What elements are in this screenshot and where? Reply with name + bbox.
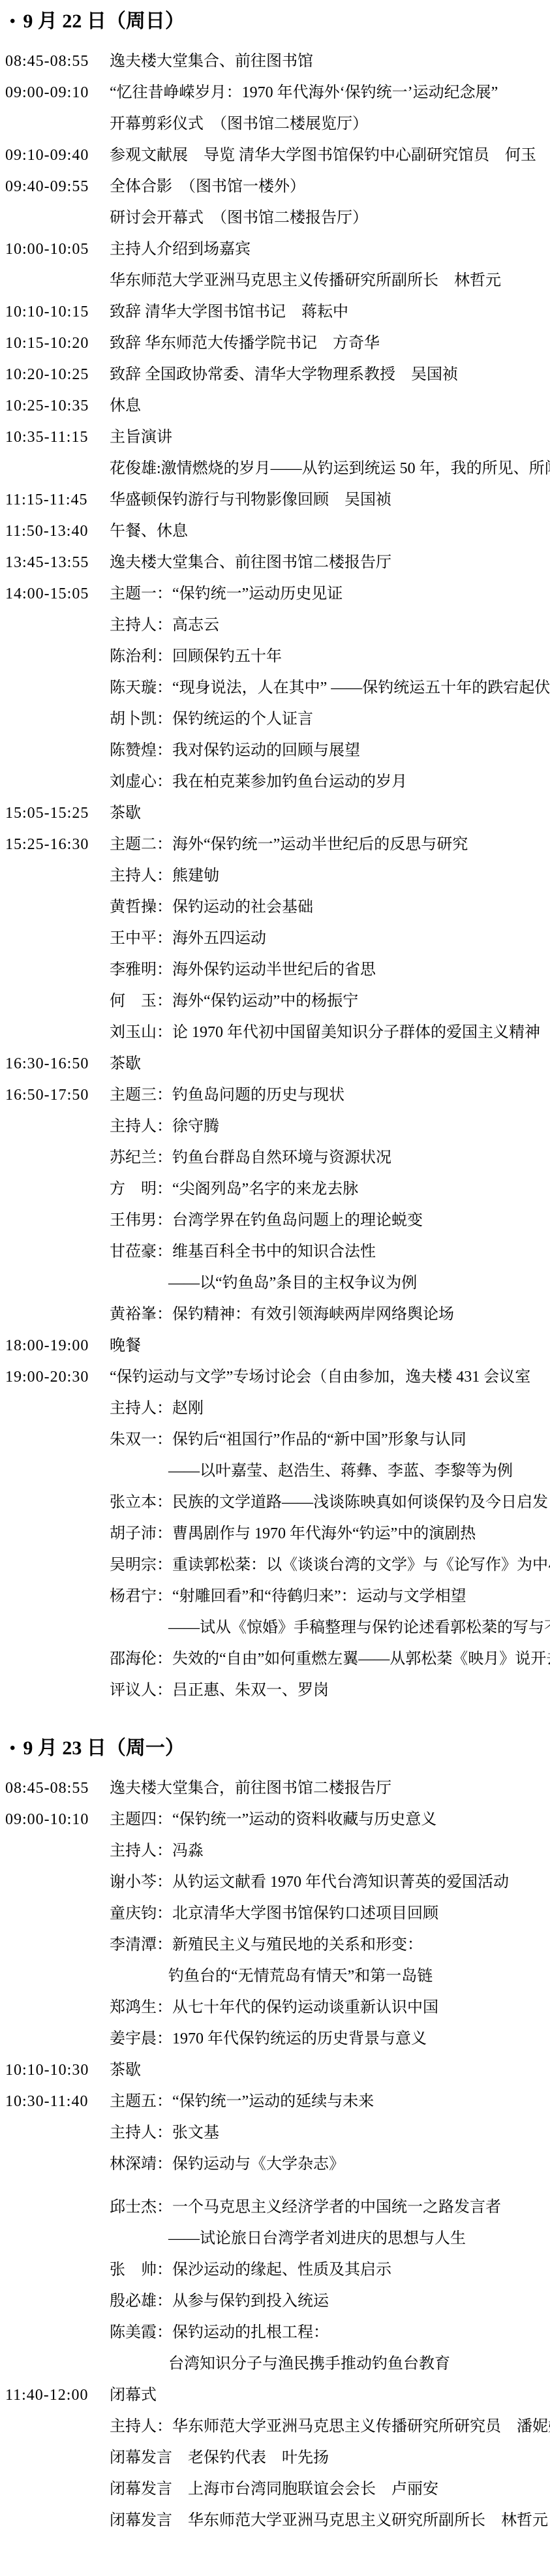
time-label: 15:05-15:25 [5, 798, 104, 829]
schedule-row: ——以叶嘉莹、赵浩生、蒋彝、李蓝、李黎等为例 [0, 1455, 550, 1487]
schedule-row: 郑鸿生：从七十年代的保钓运动谈重新认识中国 [0, 1992, 550, 2023]
time-label: 10:25-10:35 [5, 390, 104, 422]
day-section: •9 月 22 日（周日） 08:45-08:55逸夫楼大堂集合、前往图书馆 0… [0, 5, 550, 1706]
conference-schedule-document: •9 月 22 日（周日） 08:45-08:55逸夫楼大堂集合、前往图书馆 0… [0, 0, 550, 2536]
event-text: “保钓运动与文学”专场讨论会（自由参加，逸夫楼 431 会议室 [110, 1369, 530, 1386]
event-text: 研讨会开幕式 （图书馆二楼报告厅） [110, 209, 368, 226]
event-text: 致辞 华东师范大传播学院书记 方奇华 [110, 335, 380, 352]
schedule-row: 09:10-09:40参观文献展 导览 清华大学图书馆保钓中心副研究馆员 何玉 [0, 140, 550, 171]
event-text: 邵海伦：失效的“自由”如何重燃左翼——从郭松棻《映月》说开去 [110, 1651, 550, 1668]
time-label: 08:45-08:55 [5, 1773, 104, 1804]
event-text: 李雅明：海外保钓运动半世纪后的省思 [110, 961, 376, 978]
bullet-icon: • [10, 1740, 15, 1757]
schedule-row: 邵海伦：失效的“自由”如何重燃左翼——从郭松棻《映月》说开去 [0, 1643, 550, 1675]
day-title: 9 月 23 日（周一） [23, 1737, 185, 1759]
event-text: ——试从《惊婚》手稿整理与保钓论述看郭松棻的写与不写 [168, 1619, 550, 1636]
schedule-row: 19:00-20:30“保钓运动与文学”专场讨论会（自由参加，逸夫楼 431 会… [0, 1361, 550, 1393]
event-text: 张立本：民族的文学道路——浅谈陈映真如何谈保钓及今日启发 [110, 1494, 548, 1511]
schedule-row: 闭幕发言 上海市台湾同胞联谊会会长 卢丽安 [0, 2474, 550, 2505]
schedule-row: 陈天璇：“现身说法，人在其中” ——保钓统运五十年的跌宕起伏 [0, 672, 550, 704]
event-text: 主题四：“保钓统一”运动的资料收藏与历史意义 [110, 1811, 436, 1828]
schedule-row: 闭幕发言 华东师范大学亚洲马克思主义研究所副所长 林哲元 [0, 2505, 550, 2536]
schedule-row: 18:00-19:00晚餐 [0, 1330, 550, 1361]
schedule-row: 何 玉：海外“保钓运动”中的杨振宁 [0, 985, 550, 1017]
schedule-row: 评议人：吕正惠、朱双一、罗岗 [0, 1675, 550, 1706]
schedule-row: 李清潭：新殖民主义与殖民地的关系和形变： [0, 1929, 550, 1961]
schedule-row: 主持人：熊建劬 [0, 860, 550, 892]
event-text: 刘虚心：我在柏克莱参加钓鱼台运动的岁月 [110, 773, 407, 790]
time-label: 11:50-13:40 [5, 516, 104, 547]
schedule-row: 08:45-08:55逸夫楼大堂集合、前往图书馆 [0, 46, 550, 77]
schedule-row: 14:00-15:05主题一：“保钓统一”运动历史见证 [0, 578, 550, 610]
schedule-row: 开幕剪彩仪式 （图书馆二楼展览厅） [0, 108, 550, 140]
schedule-row: 11:40-12:00闭幕式 [0, 2380, 550, 2411]
event-text: 逸夫楼大堂集合、前往图书馆 [110, 53, 313, 70]
schedule-row: 杨君宁：“射雕回看”和“待鹤归来”：运动与文学相望 [0, 1581, 550, 1612]
schedule-row: 10:10-10:15致辞 清华大学图书馆书记 蒋耘中 [0, 296, 550, 328]
schedule-row: 苏纪兰：钓鱼台群岛自然环境与资源状况 [0, 1142, 550, 1173]
schedule-row: 08:45-08:55逸夫楼大堂集合，前往图书馆二楼报告厅 [0, 1773, 550, 1804]
schedule-row: ——试从《惊婚》手稿整理与保钓论述看郭松棻的写与不写 [0, 1612, 550, 1643]
event-text: 主题五：“保钓统一”运动的延续与未来 [110, 2093, 374, 2110]
schedule-row: 16:30-16:50茶歇 [0, 1048, 550, 1079]
event-text: 甘莅豪：维基百科全书中的知识合法性 [110, 1243, 376, 1260]
event-text: 参观文献展 导览 清华大学图书馆保钓中心副研究馆员 何玉 [110, 147, 536, 164]
time-label: 10:00-10:05 [5, 234, 104, 265]
schedule-row: 15:25-16:30主题二：海外“保钓统一”运动半世纪后的反思与研究 [0, 829, 550, 860]
event-text: 开幕剪彩仪式 （图书馆二楼展览厅） [110, 116, 368, 132]
schedule-row: 姜宇晨：1970 年代保钓统运的历史背景与意义 [0, 2023, 550, 2055]
time-label: 11:15-11:45 [5, 484, 104, 516]
schedule-row: 陈治利：回顾保钓五十年 [0, 641, 550, 672]
schedule-row: 09:40-09:55全体合影 （图书馆一楼外） [0, 171, 550, 202]
event-text: 茶歇 [110, 1055, 141, 1072]
schedule-row: 张立本：民族的文学道路——浅谈陈映真如何谈保钓及今日启发 [0, 1487, 550, 1518]
schedule-row: 刘虚心：我在柏克莱参加钓鱼台运动的岁月 [0, 766, 550, 798]
schedule-row: 主持人：张文基 [0, 2117, 550, 2149]
time-label: 15:25-16:30 [5, 829, 104, 860]
event-text: 苏纪兰：钓鱼台群岛自然环境与资源状况 [110, 1149, 391, 1166]
time-label: 11:40-12:00 [5, 2380, 104, 2411]
event-text: 闭幕式 [110, 2387, 157, 2404]
schedule-row: 10:25-10:35休息 [0, 390, 550, 422]
day-header: •9 月 23 日（周一） [0, 1732, 550, 1765]
schedule-row: 10:15-10:20致辞 华东师范大传播学院书记 方奇华 [0, 328, 550, 359]
schedule-row: 林深靖：保钓运动与《大学杂志》 [0, 2149, 550, 2180]
event-text: 张 帅：保沙运动的缘起、性质及其启示 [110, 2261, 391, 2278]
time-label: 13:45-13:55 [5, 547, 104, 578]
schedule-row: 吴明宗：重读郭松棻：以《谈谈台湾的文学》与《论写作》为中心的讨 [0, 1549, 550, 1581]
event-text: 陈治利：回顾保钓五十年 [110, 648, 282, 665]
event-text: 王伟男：台湾学界在钓鱼岛问题上的理论蜕变 [110, 1212, 423, 1229]
schedule-row: 童庆钧：北京清华大学图书馆保钓口述项目回顾 [0, 1898, 550, 1929]
event-text: ——以叶嘉莹、赵浩生、蒋彝、李蓝、李黎等为例 [168, 1463, 513, 1480]
schedule-row: 胡子沛：曹禺剧作与 1970 年代海外“钓运”中的演剧热 [0, 1518, 550, 1549]
event-text: 王中平：海外五四运动 [110, 930, 266, 947]
event-text: 胡卜凯：保钓统运的个人证言 [110, 711, 313, 728]
time-label: 10:15-10:20 [5, 328, 104, 359]
event-text: 谢小芩：从钓运文献看 1970 年代台湾知识菁英的爱国活动 [110, 1874, 509, 1891]
schedule-row: 主持人：冯淼 [0, 1835, 550, 1867]
event-text: 致辞 清华大学图书馆书记 蒋耘中 [110, 303, 348, 320]
schedule-row: 11:50-13:40午餐、休息 [0, 516, 550, 547]
event-text: 主题一：“保钓统一”运动历史见证 [110, 585, 343, 602]
event-text: 黄裕峯：保钓精神：有效引领海峡两岸网络舆论场 [110, 1306, 454, 1323]
event-text: 陈赞煌：我对保钓运动的回顾与展望 [110, 742, 360, 759]
event-text: 主持人介绍到场嘉宾 [110, 241, 251, 258]
schedule-row: 花俊雄:激情燃烧的岁月——从钓运到统运 50 年，我的所见、所闻和所 [0, 453, 550, 484]
time-label: 09:40-09:55 [5, 171, 104, 202]
schedule-row: 主持人：赵刚 [0, 1393, 550, 1424]
schedule-row: 刘玉山：论 1970 年代初中国留美知识分子群体的爱国主义精神 [0, 1017, 550, 1048]
event-text: 评议人：吕正惠、朱双一、罗岗 [110, 1682, 329, 1699]
event-text: 刘玉山：论 1970 年代初中国留美知识分子群体的爱国主义精神 [110, 1024, 540, 1041]
time-label: 09:00-09:10 [5, 77, 104, 108]
schedule-row: 方 明：“尖阁列岛”名字的来龙去脉 [0, 1173, 550, 1205]
event-text: 华东师范大学亚洲马克思主义传播研究所副所长 林哲元 [110, 272, 501, 289]
event-text: 茶歇 [110, 2062, 141, 2079]
event-text: 陈美霞：保钓运动的扎根工程： [110, 2324, 329, 2341]
event-text: 主持人：张文基 [110, 2124, 219, 2141]
time-label: 14:00-15:05 [5, 578, 104, 610]
event-text: ——以“钓鱼岛”条目的主权争议为例 [168, 1275, 417, 1292]
time-label: 10:10-10:30 [5, 2055, 104, 2086]
schedule-row: 台湾知识分子与渔民携手推动钓鱼台教育 [0, 2348, 550, 2380]
event-text: 闭幕发言 老保钓代表 叶先扬 [110, 2449, 329, 2466]
schedule-row: 李雅明：海外保钓运动半世纪后的省思 [0, 954, 550, 985]
schedule-row: 16:50-17:50主题三：钓鱼岛问题的历史与现状 [0, 1079, 550, 1111]
event-text: 主持人：华东师范大学亚洲马克思主义传播研究所研究员 潘妮妮 [110, 2418, 550, 2435]
event-text: 姜宇晨：1970 年代保钓统运的历史背景与意义 [110, 2030, 427, 2047]
day-title: 9 月 22 日（周日） [23, 10, 185, 32]
event-text: 殷必雄：从参与保钓到投入统运 [110, 2293, 329, 2310]
event-text: 台湾知识分子与渔民携手推动钓鱼台教育 [168, 2355, 450, 2372]
event-text: 逸夫楼大堂集合，前往图书馆二楼报告厅 [110, 1780, 391, 1797]
event-text: 逸夫楼大堂集合、前往图书馆二楼报告厅 [110, 554, 391, 571]
schedule-row: 陈赞煌：我对保钓运动的回顾与展望 [0, 735, 550, 766]
time-label: 08:45-08:55 [5, 46, 104, 77]
schedule-row: 10:10-10:30茶歇 [0, 2055, 550, 2086]
event-text: 杨君宁：“射雕回看”和“待鹤归来”：运动与文学相望 [110, 1588, 466, 1605]
schedule-row: 殷必雄：从参与保钓到投入统运 [0, 2286, 550, 2317]
schedule-row: 09:00-10:10主题四：“保钓统一”运动的资料收藏与历史意义 [0, 1804, 550, 1835]
event-text: 主持人：冯淼 [110, 1842, 204, 1859]
event-text: 朱双一：保钓后“祖国行”作品的“新中国”形象与认同 [110, 1431, 466, 1448]
schedule-row: 主持人：高志云 [0, 610, 550, 641]
event-text: 闭幕发言 上海市台湾同胞联谊会会长 卢丽安 [110, 2481, 438, 2498]
time-label: 10:10-10:15 [5, 296, 104, 328]
schedule-row: 陈美霞：保钓运动的扎根工程： [0, 2317, 550, 2348]
schedule-row: 主持人：徐守腾 [0, 1111, 550, 1142]
schedule-row: ——以“钓鱼岛”条目的主权争议为例 [0, 1267, 550, 1299]
schedule-row: 钓鱼台的“无情荒岛有情天”和第一岛链 [0, 1961, 550, 1992]
schedule-row: 谢小芩：从钓运文献看 1970 年代台湾知识菁英的爱国活动 [0, 1867, 550, 1898]
event-text: 方 明：“尖阁列岛”名字的来龙去脉 [110, 1181, 358, 1198]
schedule-row: 10:30-11:40主题五：“保钓统一”运动的延续与未来 [0, 2086, 550, 2117]
event-text: 吴明宗：重读郭松棻：以《谈谈台湾的文学》与《论写作》为中心的讨 [110, 1557, 550, 1574]
day-section: •9 月 23 日（周一） 08:45-08:55逸夫楼大堂集合，前往图书馆二楼… [0, 1732, 550, 2536]
event-text: 李清潭：新殖民主义与殖民地的关系和形变： [110, 1936, 423, 1953]
schedule-row: 甘莅豪：维基百科全书中的知识合法性 [0, 1236, 550, 1267]
event-text: 主旨演讲 [110, 429, 172, 446]
schedule-row: 11:15-11:45华盛顿保钓游行与刊物影像回顾 吴国祯 [0, 484, 550, 516]
bullet-icon: • [10, 13, 15, 30]
event-text: 郑鸿生：从七十年代的保钓运动谈重新认识中国 [110, 1999, 438, 2016]
event-text: 闭幕发言 华东师范大学亚洲马克思主义研究所副所长 林哲元 [110, 2512, 548, 2529]
schedule-row: 10:00-10:05主持人介绍到场嘉宾 [0, 234, 550, 265]
schedule-row: ——试论旅日台湾学者刘进庆的思想与人生 [0, 2223, 550, 2254]
event-text: 主持人：徐守腾 [110, 1118, 219, 1135]
schedule-row: 10:20-10:25致辞 全国政协常委、清华大学物理系教授 吴国祯 [0, 359, 550, 390]
event-text: 陈天璇：“现身说法，人在其中” ——保钓统运五十年的跌宕起伏 [110, 679, 550, 696]
event-text: 主题三：钓鱼岛问题的历史与现状 [110, 1087, 344, 1104]
schedule-row: 胡卜凯：保钓统运的个人证言 [0, 704, 550, 735]
event-text: 主持人：高志云 [110, 617, 219, 634]
schedule-row: 09:00-09:10“忆往昔峥嵘岁月：1970 年代海外‘保钓统一’运动纪念展… [0, 77, 550, 108]
event-text: 致辞 全国政协常委、清华大学物理系教授 吴国祯 [110, 366, 458, 383]
schedule-row: 朱双一：保钓后“祖国行”作品的“新中国”形象与认同 [0, 1424, 550, 1455]
schedule-row: 王伟男：台湾学界在钓鱼岛问题上的理论蜕变 [0, 1205, 550, 1236]
schedule-row: 张 帅：保沙运动的缘起、性质及其启示 [0, 2254, 550, 2286]
schedule-row: 黄裕峯：保钓精神：有效引领海峡两岸网络舆论场 [0, 1299, 550, 1330]
schedule-row: 华东师范大学亚洲马克思主义传播研究所副所长 林哲元 [0, 265, 550, 296]
event-text: 晚餐 [110, 1337, 141, 1354]
schedule-row: 15:05-15:25茶歇 [0, 798, 550, 829]
time-label: 09:00-10:10 [5, 1804, 104, 1835]
event-text: 休息 [110, 397, 141, 414]
time-label: 10:30-11:40 [5, 2086, 104, 2117]
event-text: 何 玉：海外“保钓运动”中的杨振宁 [110, 993, 358, 1010]
schedule-row: 10:35-11:15主旨演讲 [0, 422, 550, 453]
event-text: ——试论旅日台湾学者刘进庆的思想与人生 [168, 2230, 466, 2247]
event-text: 午餐、休息 [110, 523, 188, 540]
time-label: 19:00-20:30 [5, 1361, 104, 1393]
event-text: 花俊雄:激情燃烧的岁月——从钓运到统运 50 年，我的所见、所闻和所 [110, 460, 550, 477]
event-text: 茶歇 [110, 805, 141, 822]
event-text: 林深靖：保钓运动与《大学杂志》 [110, 2156, 344, 2173]
schedule-row: 研讨会开幕式 （图书馆二楼报告厅） [0, 202, 550, 234]
time-label: 18:00-19:00 [5, 1330, 104, 1361]
event-text: 华盛顿保钓游行与刊物影像回顾 吴国祯 [110, 491, 391, 508]
event-text: 童庆钧：北京清华大学图书馆保钓口述项目回顾 [110, 1905, 438, 1922]
event-text: 主持人：熊建劬 [110, 867, 219, 884]
schedule-row: 闭幕发言 老保钓代表 叶先扬 [0, 2442, 550, 2474]
event-text: “忆往昔峥嵘岁月：1970 年代海外‘保钓统一’运动纪念展” [110, 84, 498, 101]
event-text: 邱士杰：一个马克思主义经济学者的中国统一之路发言者 [110, 2199, 501, 2216]
event-text: 主持人：赵刚 [110, 1400, 204, 1417]
event-text: 钓鱼台的“无情荒岛有情天”和第一岛链 [168, 1968, 433, 1985]
schedule-row: 王中平：海外五四运动 [0, 923, 550, 954]
schedule-row: 13:45-13:55逸夫楼大堂集合、前往图书馆二楼报告厅 [0, 547, 550, 578]
event-text: 黄哲操：保钓运动的社会基础 [110, 899, 313, 916]
time-label: 16:50-17:50 [5, 1079, 104, 1111]
time-label: 16:30-16:50 [5, 1048, 104, 1079]
time-label: 09:10-09:40 [5, 140, 104, 171]
event-text: 胡子沛：曹禺剧作与 1970 年代海外“钓运”中的演剧热 [110, 1525, 476, 1542]
day-header: •9 月 22 日（周日） [0, 5, 550, 38]
schedule-row: 黄哲操：保钓运动的社会基础 [0, 892, 550, 923]
time-label: 10:35-11:15 [5, 422, 104, 453]
event-text: 主题二：海外“保钓统一”运动半世纪后的反思与研究 [110, 836, 468, 853]
time-label: 10:20-10:25 [5, 359, 104, 390]
event-text: 全体合影 （图书馆一楼外） [110, 178, 305, 195]
schedule-row: 邱士杰：一个马克思主义经济学者的中国统一之路发言者 [0, 2192, 550, 2223]
schedule-row: 主持人：华东师范大学亚洲马克思主义传播研究所研究员 潘妮妮 [0, 2411, 550, 2442]
